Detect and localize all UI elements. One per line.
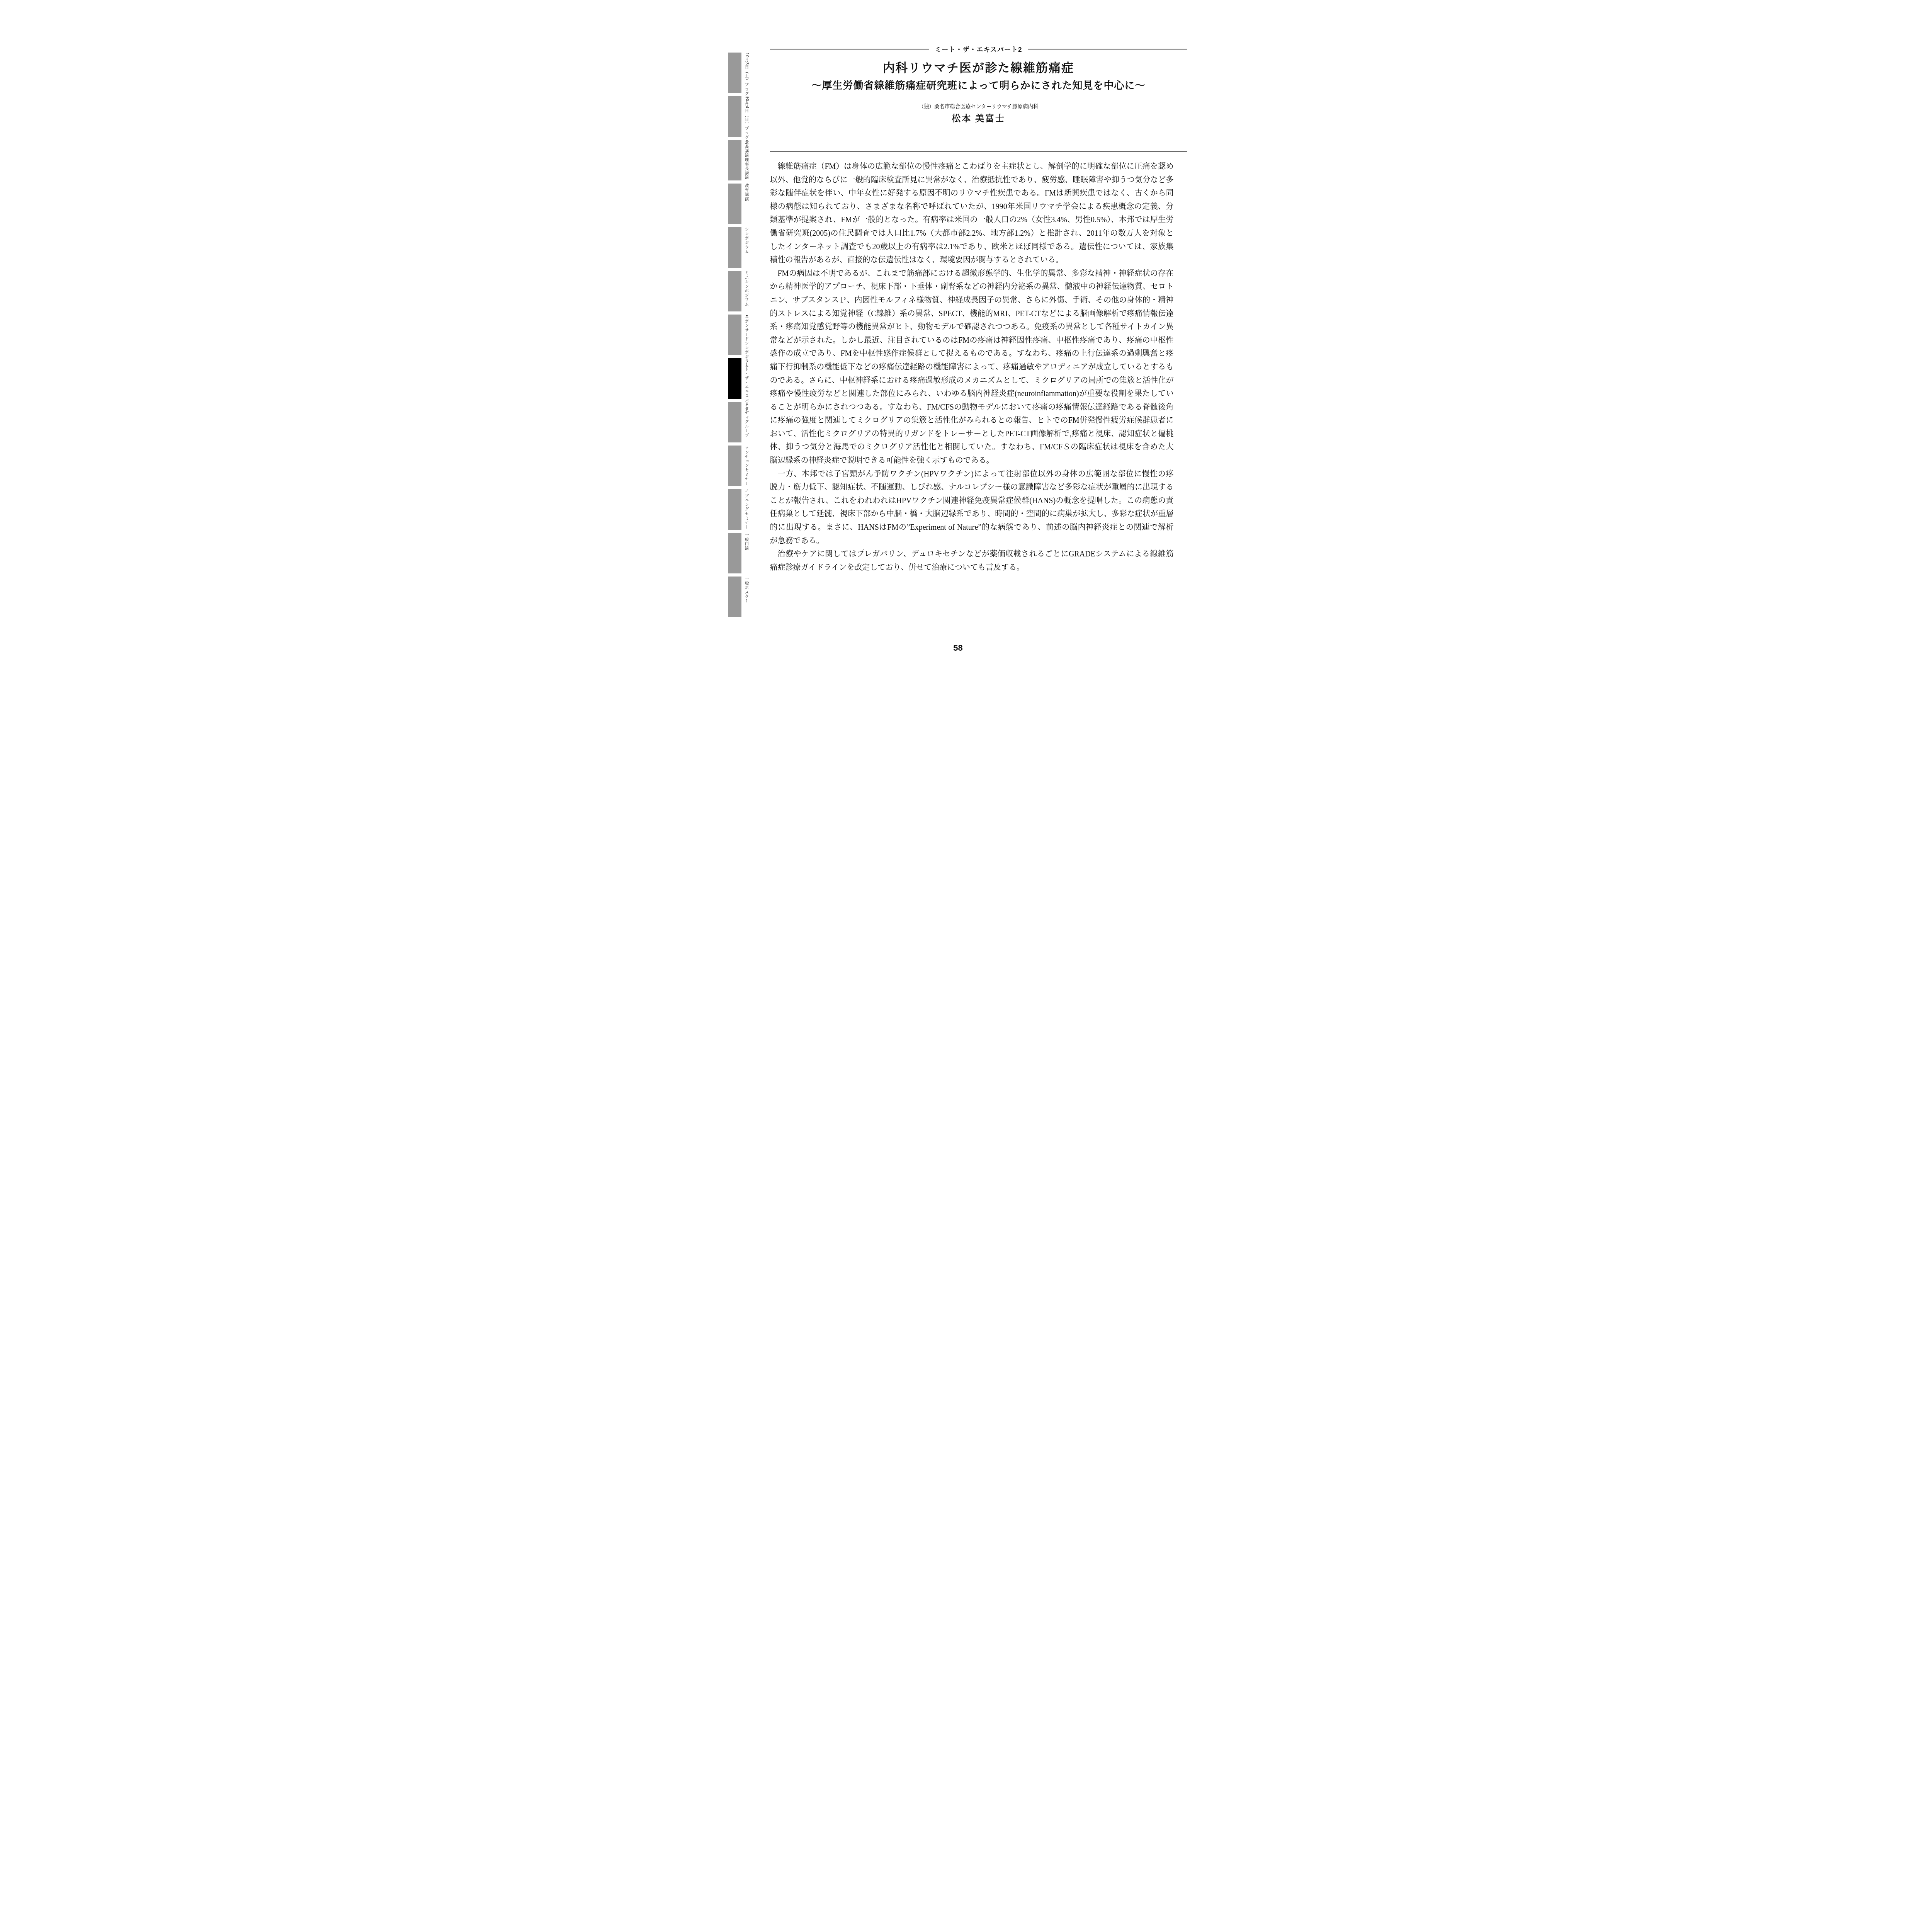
- tab-label: 教育講演: [745, 184, 749, 201]
- tab-color-box: [728, 315, 741, 355]
- tab-text: 一般ポスター: [744, 577, 749, 617]
- body-line: 体、抑うつ気分と海馬でのミクログリア活性化と相関していた。すなわち、FM/CFＳ…: [770, 440, 1174, 454]
- tab-text: スポンサードシンポジウム: [744, 315, 749, 355]
- author-affiliation: （独）桑名市総合医療センターリウマチ膠原病内科: [770, 102, 1187, 110]
- body-line: 以外、他覚的ならびに一般的臨床検査所見に異常がなく、治療抵抗性であり、疲労感、睡…: [770, 173, 1174, 187]
- tab-text: 一般口演: [744, 533, 749, 573]
- tab-text: イブニングセミナー: [744, 489, 749, 530]
- tab-color-box: [728, 358, 741, 399]
- body-line: 痛症診療ガイドラインを改定しており、併せて治療についても言及する。: [770, 561, 1174, 575]
- section-header: ミート・ザ・エキスパート2: [770, 44, 1187, 54]
- body-line: 類基準が提案され、FMが一般的となった。有病率は米国の一般人口の2%（女性3.4…: [770, 213, 1174, 227]
- body-line: ることが明らかにされつつある。すなわち、FM/CFSの動物モデルにおいて疼痛の疼…: [770, 401, 1174, 414]
- tab-color-box: [728, 227, 741, 268]
- body-line: 線維筋痛症（FM）は身体の広範な部位の慢性疼痛とこわばりを主症状とし、解剖学的に…: [770, 160, 1174, 173]
- body-line: から精神医学的アプローチ、視床下部・下垂体・副腎系などの神経内分泌系の異常、髄液…: [770, 280, 1174, 294]
- tab-label: 一般ポスター: [745, 577, 749, 603]
- tab-text: ミート・ザ・エキスパート: [744, 358, 749, 399]
- tab-text: 会長講演理事長講演: [744, 140, 749, 180]
- tab-text: シンポジウム: [744, 227, 749, 268]
- tab-text: 10月3日（土）プログラム: [744, 53, 749, 93]
- sidebar-tab-rail: 10月3日（土）プログラム10月4日（日）プログラム会長講演理事長講演教育講演シ…: [728, 53, 767, 620]
- page-title: 内科リウマチ医が診た線維筋痛症: [770, 58, 1187, 75]
- section-label: ミート・ザ・エキスパート2: [929, 44, 1027, 54]
- tab-text: スタディグループ: [744, 402, 749, 442]
- body-line: 任病巣として延髄、視床下部から中脳・橋・大脳辺縁系であり、時間的・空間的に病巣が…: [770, 507, 1174, 521]
- body-line: 積性の報告があるが、直接的な伝遺伝性はなく、環境要因が関与するとされている。: [770, 253, 1174, 267]
- document-page: 10月3日（土）プログラム10月4日（日）プログラム会長講演理事長講演教育講演シ…: [719, 0, 1198, 678]
- body-line: おいて、活性化ミクログリアの特異的リガンドをトレーサーとしたPET-CT画像解析…: [770, 427, 1174, 441]
- tab-label: 会長講演: [745, 140, 749, 158]
- tab-sublabel: セミナー: [745, 468, 749, 486]
- page-subtitle: ～厚生労働省線維筋痛症研究班によって明らかにされた知見を中心に～: [770, 78, 1187, 92]
- sidebar-tab[interactable]: 会長講演理事長講演: [728, 140, 767, 180]
- sidebar-tab[interactable]: スタディグループ: [728, 402, 767, 442]
- body-line: ことが報告され、これをわれわれはHPVワクチン関連神経免疫異常症候群(HANS)…: [770, 494, 1174, 508]
- title-divider-rule: [770, 151, 1187, 152]
- tab-label: 10月3日（土）: [745, 53, 749, 83]
- tab-color-box: [728, 271, 741, 311]
- title-block: 内科リウマチ医が診た線維筋痛症 ～厚生労働省線維筋痛症研究班によって明らかにされ…: [770, 58, 1187, 124]
- body-line: 痛下行抑制系の機能低下などの疼痛伝達経路の機能障害によって、疼痛過敏やアロディニ…: [770, 361, 1174, 374]
- body-line: 様の病態は知られており、さまざまな名称で呼ばれていたが、1990年米国リウマチ学…: [770, 200, 1174, 214]
- page-number: 58: [719, 643, 1198, 653]
- tab-label: ランチョン: [745, 446, 749, 468]
- body-line: に疼痛の強度と関連してミクログリアの集簇と活性化がみられるとの報告、ヒトでのFM…: [770, 414, 1174, 427]
- sidebar-tab[interactable]: 一般ポスター: [728, 577, 767, 617]
- body-line: が急務である。: [770, 534, 1174, 548]
- sidebar-tab[interactable]: ランチョンセミナー: [728, 446, 767, 486]
- body-line: 疼痛や慢性疲労などと関連した部位にみられ、いわゆる脳内神経炎症(neuroinf…: [770, 387, 1174, 401]
- sidebar-tab[interactable]: ミート・ザ・エキスパート: [728, 358, 767, 399]
- tab-sublabel: セミナー: [745, 512, 749, 529]
- tab-label: スタディグループ: [745, 402, 749, 437]
- tab-color-box: [728, 140, 741, 180]
- body-line: 脳辺縁系の神経炎症で説明できる可能性を強く示すものである。: [770, 454, 1174, 468]
- tab-label: シンポジウム: [745, 227, 749, 254]
- body-line: 働省研究班(2005)の住民調査では人口比1.7%（大都市部2.2%、地方部1.…: [770, 227, 1174, 240]
- tab-color-box: [728, 402, 741, 442]
- tab-color-box: [728, 489, 741, 530]
- body-line: のである。さらに、中枢神経系における疼痛過敏形成のメカニズムとして、ミクログリア…: [770, 374, 1174, 388]
- tab-text: 10月4日（日）プログラム: [744, 96, 749, 137]
- body-line: 治療やケアに関してはプレガバリン、デュロキセチンなどが薬価収載されるごとにGRA…: [770, 548, 1174, 561]
- sidebar-tab[interactable]: シンポジウム: [728, 227, 767, 268]
- tab-text: ミニシンポジウム: [744, 271, 749, 311]
- author-name: 松本 美富士: [770, 111, 1187, 124]
- sidebar-tab[interactable]: 10月3日（土）プログラム: [728, 53, 767, 93]
- body-line: 常などが示された。しかし最近、注目されているのはFMの疼痛は神経因性疼痛、中枢性…: [770, 334, 1174, 347]
- tab-color-box: [728, 53, 741, 93]
- sidebar-tab[interactable]: スポンサードシンポジウム: [728, 315, 767, 355]
- body-line: 系・疼痛知覚感覚野等の機能異常がヒト、動物モデルで確認されつつある。免疫系の異常…: [770, 320, 1174, 334]
- body-line: 彩な随伴症状を伴い、中年女性に好発する原因不明のリウマチ性疾患である。FMは新興…: [770, 187, 1174, 200]
- tab-color-box: [728, 96, 741, 137]
- tab-label: 一般口演: [745, 533, 749, 551]
- body-line: ニン、サブスタンスＰ、内因性モルフィネ様物質、神経成長因子の異常、さらに外傷、手…: [770, 294, 1174, 307]
- abstract-body: 線維筋痛症（FM）は身体の広範な部位の慢性疼痛とこわばりを主症状とし、解剖学的に…: [770, 160, 1174, 574]
- header-rule-left: [770, 49, 930, 49]
- tab-sublabel: 理事長講演: [745, 158, 749, 180]
- body-line: したインターネット調査でも20歳以上の有病率は2.1%であり、欧米とほぼ同様であ…: [770, 240, 1174, 254]
- body-line: 的ストレスによる知覚神経（C線維）系の異常、SPECT、機能的MRI、PET-C…: [770, 307, 1174, 321]
- body-line: 一方、本邦では子宮頸がん予防ワクチン(HPVワクチン)によって注射部位以外の身体…: [770, 468, 1174, 481]
- tab-text: 教育講演: [744, 184, 749, 224]
- tab-color-box: [728, 446, 741, 486]
- sidebar-tab[interactable]: 一般口演: [728, 533, 767, 573]
- header-rule-right: [1028, 49, 1187, 49]
- tab-label: ミート・ザ・: [745, 358, 749, 385]
- body-line: 的に出現する。まさに、HANSはFMの”Experiment of Nature…: [770, 521, 1174, 534]
- sidebar-tab[interactable]: ミニシンポジウム: [728, 271, 767, 311]
- body-line: FMの病因は不明であるが、これまで筋痛部における超微形態学的、生化学的異常、多彩…: [770, 267, 1174, 281]
- sidebar-tab[interactable]: 10月4日（日）プログラム: [728, 96, 767, 137]
- sidebar-tab[interactable]: 教育講演: [728, 184, 767, 224]
- tab-text: ランチョンセミナー: [744, 446, 749, 486]
- tab-label: イブニング: [745, 489, 749, 512]
- tab-label: スポンサード: [745, 315, 749, 341]
- tab-color-box: [728, 577, 741, 617]
- body-line: 感作の成立であり、FMを中枢性感作症候群として捉えるものである。すなわち、疼痛の…: [770, 347, 1174, 361]
- body-line: 脱力・筋力低下、認知症状、不随運動、しびれ感、ナルコレプシー様の意識障害など多彩…: [770, 481, 1174, 494]
- sidebar-tab[interactable]: イブニングセミナー: [728, 489, 767, 530]
- tab-label: 10月4日（日）: [745, 96, 749, 126]
- tab-label: ミニシンポジウム: [745, 271, 749, 306]
- tab-color-box: [728, 184, 741, 224]
- tab-color-box: [728, 533, 741, 573]
